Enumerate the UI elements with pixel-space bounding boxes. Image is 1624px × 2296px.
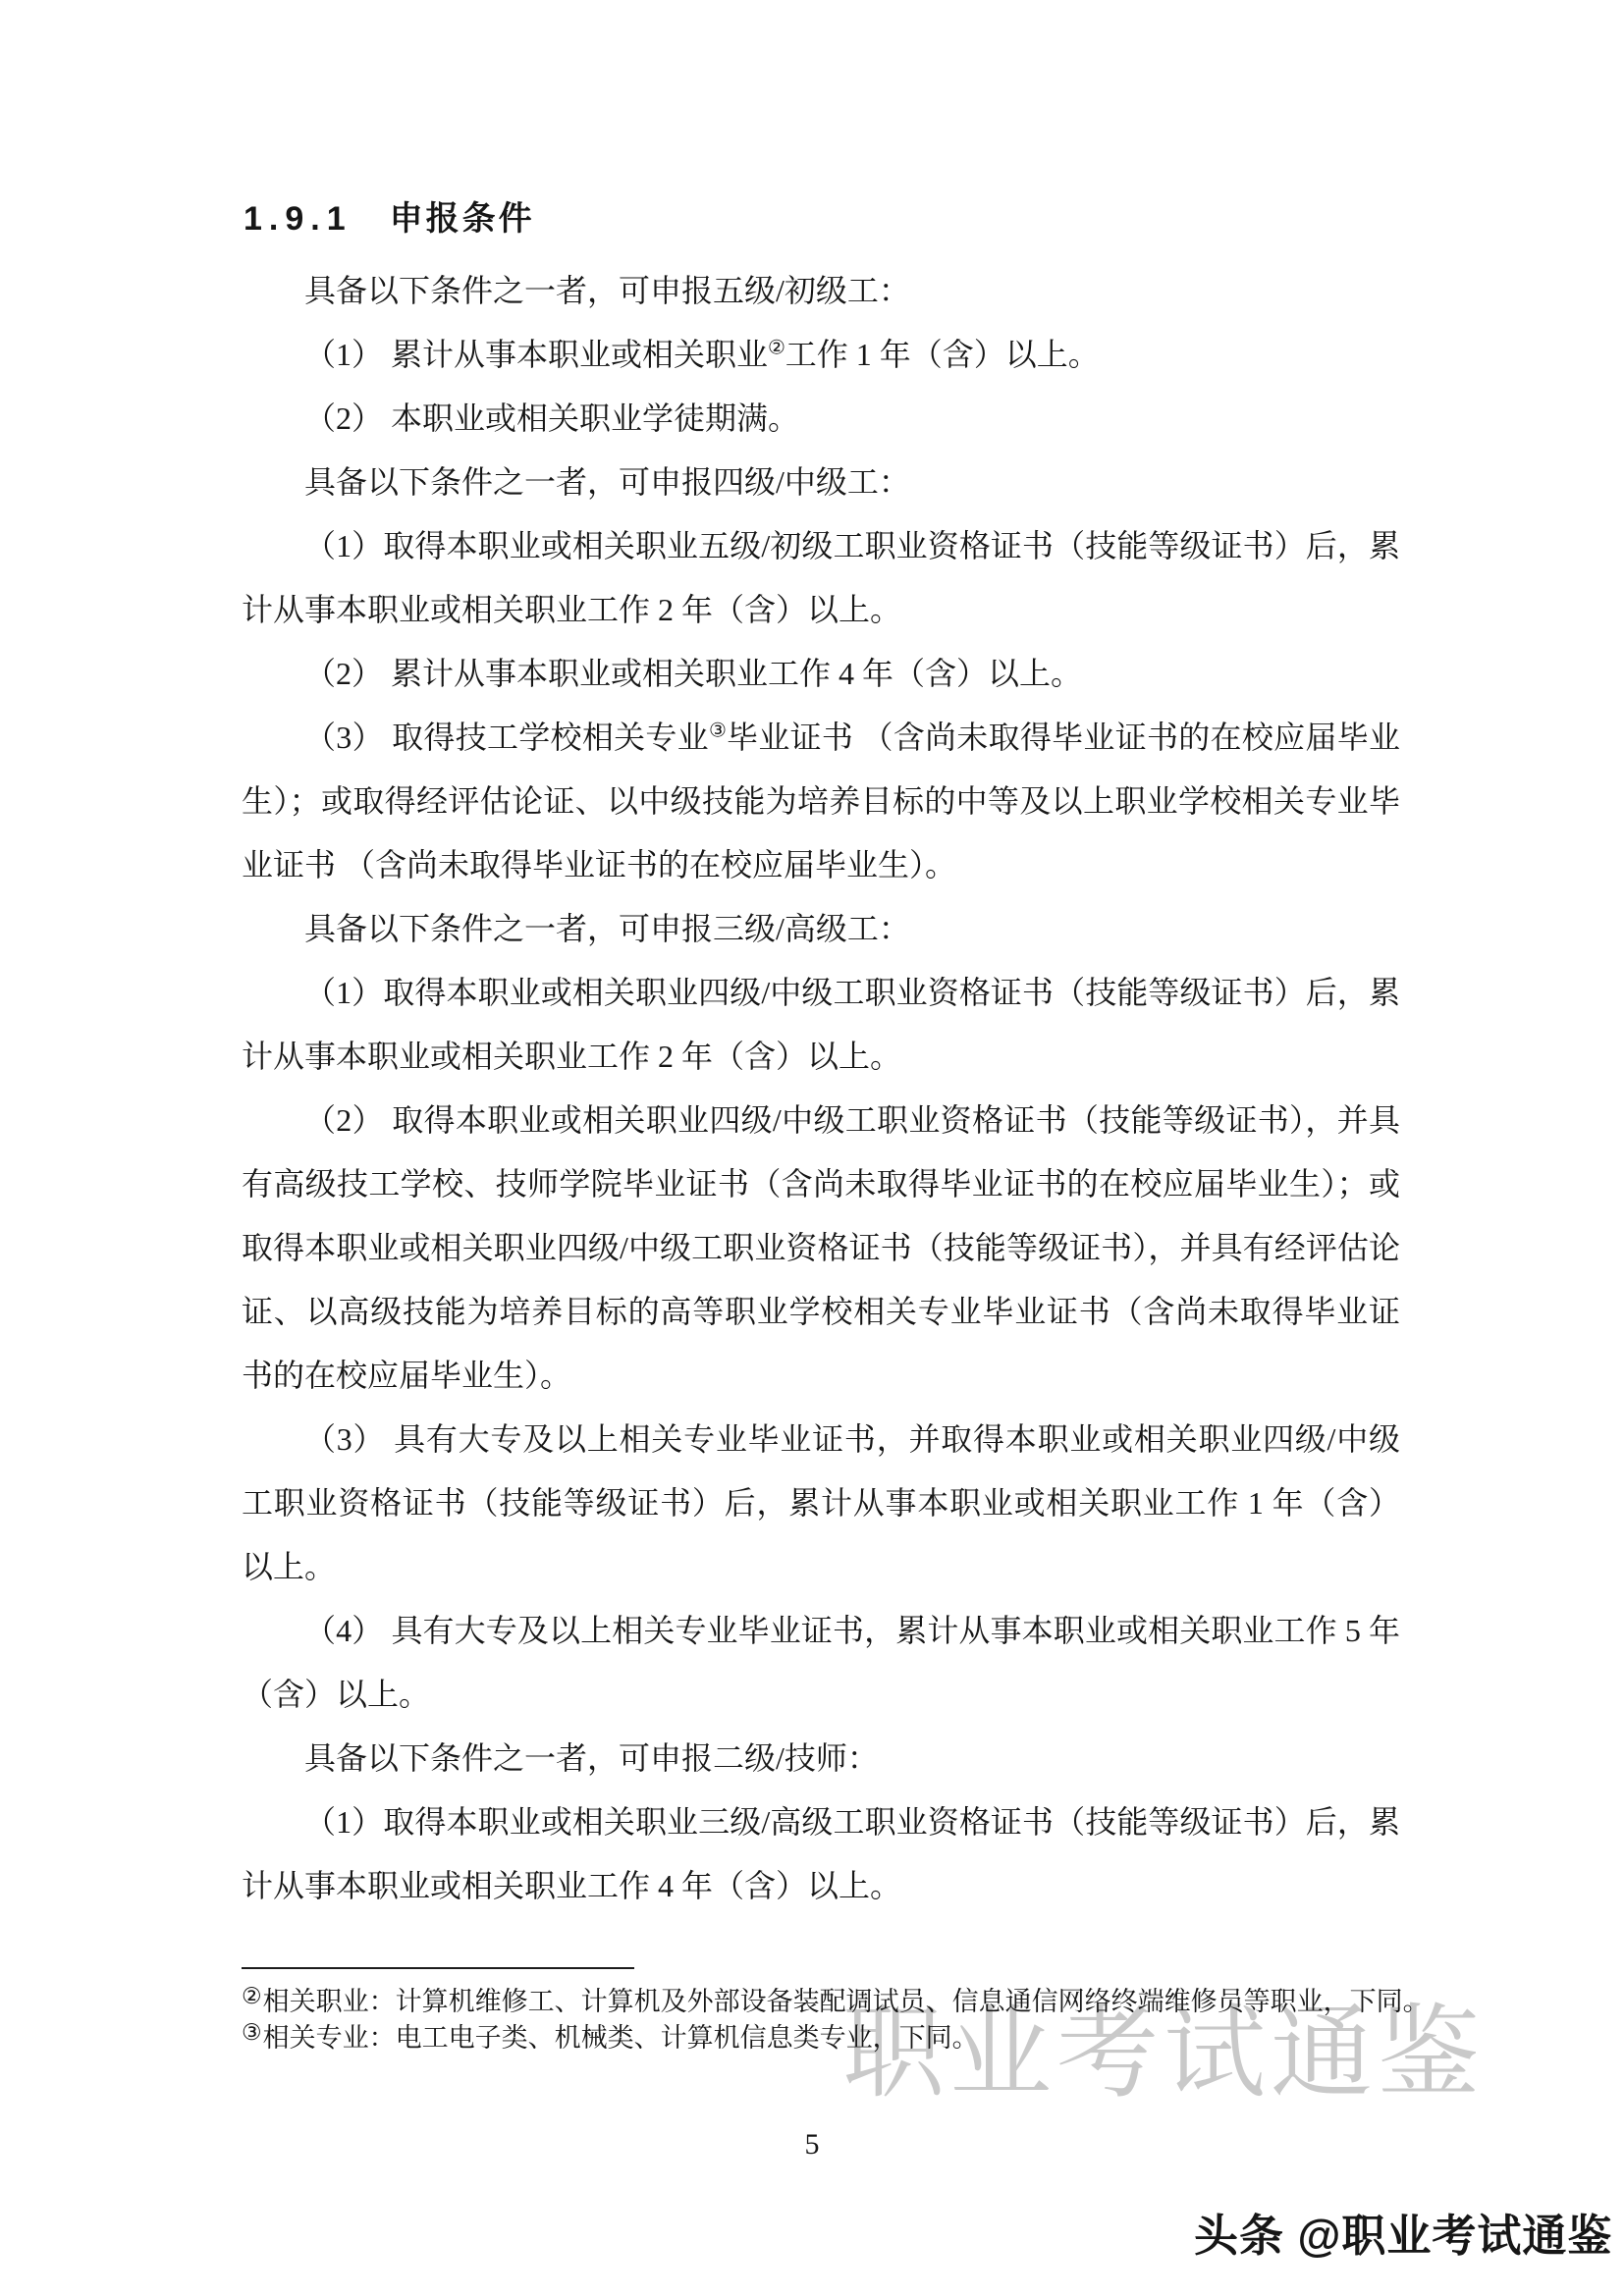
footnote-text: 相关专业：电工电子类、机械类、计算机信息类专业，下同。 xyxy=(263,2023,979,2053)
text-run: 具备以下条件之一者，可申报三级/高级工： xyxy=(304,911,910,946)
footnote-separator xyxy=(242,1967,634,1969)
footnote-item: ②相关职业：计算机维修工、计算机及外部设备装配调试员、信息通信网络终端维修员等职… xyxy=(242,1984,1437,2020)
text-run: （3） 取得技工学校相关专业 xyxy=(304,720,709,755)
footnote-item: ③相关专业：电工电子类、机械类、计算机信息类专业，下同。 xyxy=(242,2020,1437,2056)
text-run: （1）取得本职业或相关职业四级/中级工职业资格证书（技能等级证书）后，累计从事本… xyxy=(242,975,1400,1074)
section-number: 1.9.1 xyxy=(244,200,352,238)
document-page: 1.9.1申报条件 具备以下条件之一者，可申报五级/初级工：（1） 累计从事本职… xyxy=(0,0,1624,2296)
paragraph: （3） 具有大专及以上相关专业毕业证书，并取得本职业或相关职业四级/中级工职业资… xyxy=(242,1408,1400,1599)
text-run: 具备以下条件之一者，可申报二级/技师： xyxy=(304,1740,879,1776)
footnote-marker: ③ xyxy=(242,2020,262,2045)
paragraph: （1）取得本职业或相关职业四级/中级工职业资格证书（技能等级证书）后，累计从事本… xyxy=(242,961,1400,1089)
paragraph: 具备以下条件之一者，可申报三级/高级工： xyxy=(242,897,1400,961)
text-run: （1）取得本职业或相关职业三级/高级工职业资格证书（技能等级证书）后，累计从事本… xyxy=(242,1804,1400,1903)
footnote-ref: ③ xyxy=(709,720,727,741)
section-heading: 1.9.1申报条件 xyxy=(244,199,535,239)
document-body: 具备以下条件之一者，可申报五级/初级工：（1） 累计从事本职业或相关职业②工作 … xyxy=(242,259,1400,1918)
footnote-ref: ② xyxy=(768,337,785,358)
text-run: （1）取得本职业或相关职业五级/初级工职业资格证书（技能等级证书）后，累计从事本… xyxy=(242,528,1400,627)
footnotes: ②相关职业：计算机维修工、计算机及外部设备装配调试员、信息通信网络终端维修员等职… xyxy=(242,1984,1437,2056)
page-number: 5 xyxy=(0,2122,1624,2167)
text-run: 具备以下条件之一者，可申报五级/初级工： xyxy=(304,273,910,308)
paragraph: （1） 累计从事本职业或相关职业②工作 1 年（含）以上。 xyxy=(242,323,1400,387)
text-run: （3） 具有大专及以上相关专业毕业证书，并取得本职业或相关职业四级/中级工职业资… xyxy=(242,1421,1400,1584)
text-run: （2） 本职业或相关职业学徒期满。 xyxy=(304,400,799,436)
text-run: （1） 累计从事本职业或相关职业 xyxy=(304,337,768,372)
text-run: （2） 累计从事本职业或相关职业工作 4 年（含）以上。 xyxy=(304,656,1082,691)
paragraph: 具备以下条件之一者，可申报二级/技师： xyxy=(242,1727,1400,1790)
paragraph: （2） 本职业或相关职业学徒期满。 xyxy=(242,387,1400,451)
text-run: 工作 1 年（含）以上。 xyxy=(785,337,1100,372)
paragraph: （4） 具有大专及以上相关专业毕业证书，累计从事本职业或相关职业工作 5 年（含… xyxy=(242,1599,1400,1727)
text-run: （2） 取得本职业或相关职业四级/中级工职业资格证书（技能等级证书），并具有高级… xyxy=(242,1102,1400,1393)
paragraph: （2） 累计从事本职业或相关职业工作 4 年（含）以上。 xyxy=(242,642,1400,706)
paragraph: （3） 取得技工学校相关专业③毕业证书 （含尚未取得毕业证书的在校应届毕业生）；… xyxy=(242,706,1400,897)
corner-watermark: 头条 @职业考试通鉴 xyxy=(1194,2211,1612,2262)
text-run: 具备以下条件之一者，可申报四级/中级工： xyxy=(304,464,910,500)
paragraph: （1）取得本职业或相关职业三级/高级工职业资格证书（技能等级证书）后，累计从事本… xyxy=(242,1790,1400,1918)
paragraph: （1）取得本职业或相关职业五级/初级工职业资格证书（技能等级证书）后，累计从事本… xyxy=(242,514,1400,642)
text-run: （4） 具有大专及以上相关专业毕业证书，累计从事本职业或相关职业工作 5 年（含… xyxy=(242,1613,1400,1712)
paragraph: 具备以下条件之一者，可申报五级/初级工： xyxy=(242,259,1400,323)
paragraph: （2） 取得本职业或相关职业四级/中级工职业资格证书（技能等级证书），并具有高级… xyxy=(242,1089,1400,1408)
footnote-text: 相关职业：计算机维修工、计算机及外部设备装配调试员、信息通信网络终端维修员等职业… xyxy=(263,1987,1430,2016)
section-title: 申报条件 xyxy=(390,200,535,238)
footnote-marker: ② xyxy=(242,1984,262,2008)
paragraph: 具备以下条件之一者，可申报四级/中级工： xyxy=(242,451,1400,514)
